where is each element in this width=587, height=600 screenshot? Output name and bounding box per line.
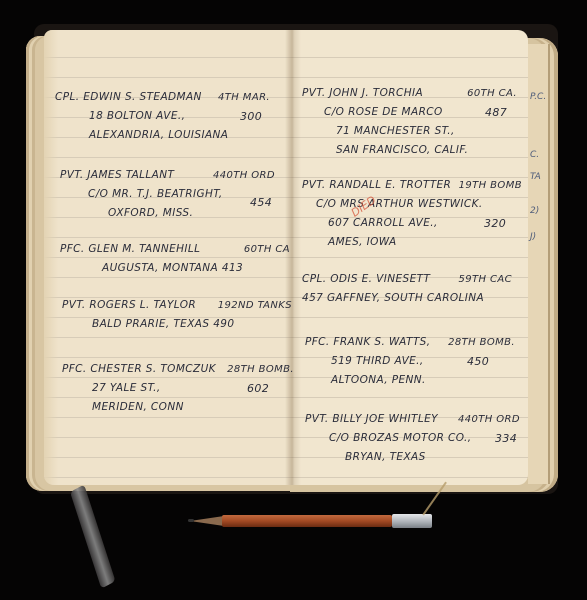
entry-number: 300 bbox=[240, 107, 262, 126]
unit: 4th Mar. bbox=[218, 88, 270, 107]
edge-mark: TA bbox=[530, 172, 541, 182]
address-line: 71 Manchester St., bbox=[302, 122, 517, 141]
address-line: Altoona, Penn. bbox=[305, 371, 515, 390]
unit: 59th CAC bbox=[458, 270, 512, 289]
address-line: Gaffney, South Carolina bbox=[327, 292, 484, 304]
soldier-name: Odis E. Vinesett bbox=[330, 273, 430, 285]
address-entry: Pvt. Rogers L. Taylor 192nd Tanks Bald P… bbox=[62, 296, 292, 334]
soldier-name: John J. Torchia bbox=[329, 87, 423, 99]
soldier-name: James Tallant bbox=[87, 169, 174, 181]
entry-number: 320 bbox=[484, 214, 506, 233]
address-line: Meriden, Conn bbox=[62, 398, 294, 417]
edge-mark: C. bbox=[530, 150, 539, 160]
soldier-name: Frank S. Watts, bbox=[333, 336, 430, 348]
address-entry: Pvt. Billy Joe Whitley 440th Ord c/o Bro… bbox=[305, 410, 520, 467]
ribbon-bookmark bbox=[70, 484, 116, 588]
unit: 60th CA bbox=[244, 240, 290, 259]
address-entry: Cpl. Odis E. Vinesett 59th CAC 457 Gaffn… bbox=[302, 270, 512, 308]
entry-number: 450 bbox=[467, 352, 489, 371]
address-line: 18 Bolton Ave., bbox=[55, 107, 270, 126]
page-edge-strip bbox=[528, 44, 550, 484]
edge-mark: 2) bbox=[530, 206, 539, 216]
pencil-lead bbox=[188, 519, 194, 522]
edge-mark: P.C. bbox=[530, 92, 546, 102]
soldier-name: Randall E. Trotter bbox=[329, 179, 451, 191]
entry-number: 334 bbox=[495, 429, 517, 448]
address-line: Alexandria, Louisiana bbox=[55, 126, 270, 145]
rank: Pfc. bbox=[305, 336, 330, 348]
address-entry: Pvt. John J. Torchia 60th CA. c/o Rose D… bbox=[302, 84, 517, 160]
unit: 440th Ord bbox=[458, 410, 520, 429]
address-line: c/o Brozas Motor Co., bbox=[305, 429, 520, 448]
rank: Pvt. bbox=[60, 169, 84, 181]
address-line: San Francisco, Calif. bbox=[302, 141, 517, 160]
address-line: Ames, Iowa bbox=[302, 233, 522, 252]
unit: 440th Ord bbox=[213, 166, 275, 185]
address-line: c/o Mrs Arthur Westwick. bbox=[302, 195, 522, 214]
unit: 19th Bomb bbox=[459, 176, 522, 195]
edge-mark: J) bbox=[530, 232, 536, 242]
pencil-tip bbox=[190, 516, 224, 526]
soldier-name: Glen M. Tannehill bbox=[88, 243, 200, 255]
address-entry: Pvt. James Tallant 440th Ord c/o Mr. T.J… bbox=[60, 166, 285, 223]
rank: Cpl. bbox=[55, 91, 79, 103]
unit: 28th Bomb. bbox=[448, 333, 515, 352]
rank: Pfc. bbox=[62, 363, 87, 375]
entry-number: 454 bbox=[250, 193, 272, 212]
soldier-name: Rogers L. Taylor bbox=[89, 299, 196, 311]
address-entry: Pfc. Chester S. Tomczuk 28th Bomb. 27 Ya… bbox=[62, 360, 294, 417]
entry-number: 413 bbox=[222, 262, 243, 274]
entry-number: 602 bbox=[247, 379, 269, 398]
address-entry: Pfc. Frank S. Watts, 28th Bomb. 519 Thir… bbox=[305, 333, 515, 390]
rank: Pvt. bbox=[305, 413, 329, 425]
pencil bbox=[190, 513, 445, 529]
rank: Pvt. bbox=[302, 179, 326, 191]
entry-number: 457 bbox=[302, 292, 323, 304]
entry-number: 487 bbox=[485, 103, 507, 122]
entry-number: 490 bbox=[213, 318, 234, 330]
unit: 192nd Tanks bbox=[218, 296, 292, 315]
unit: 60th CA. bbox=[467, 84, 517, 103]
address-entry: Cpl. Edwin S. Steadman 4th Mar. 18 Bolto… bbox=[55, 88, 270, 145]
address-entry: Pfc. Glen M. Tannehill 60th CA Augusta, … bbox=[60, 240, 290, 278]
rank: Pfc. bbox=[60, 243, 85, 255]
address-entry: Pvt. Randall E. Trotter 19th Bomb c/o Mr… bbox=[302, 176, 522, 252]
rank: Cpl. bbox=[302, 273, 326, 285]
address-line: Bryan, Texas bbox=[305, 448, 520, 467]
unit: 28th Bomb. bbox=[227, 360, 294, 379]
soldier-name: Edwin S. Steadman bbox=[83, 91, 202, 103]
address-line: Augusta, Montana bbox=[102, 262, 218, 274]
rank: Pvt. bbox=[302, 87, 326, 99]
notebook-photo: P.C. C. TA 2) J) Cpl. Edwin S. Steadman … bbox=[0, 0, 587, 600]
soldier-name: Chester S. Tomczuk bbox=[90, 363, 216, 375]
soldier-name: Billy Joe Whitley bbox=[332, 413, 438, 425]
pencil-body bbox=[222, 515, 392, 527]
rank: Pvt. bbox=[62, 299, 86, 311]
address-line: Bald Prarie, Texas bbox=[92, 318, 209, 330]
